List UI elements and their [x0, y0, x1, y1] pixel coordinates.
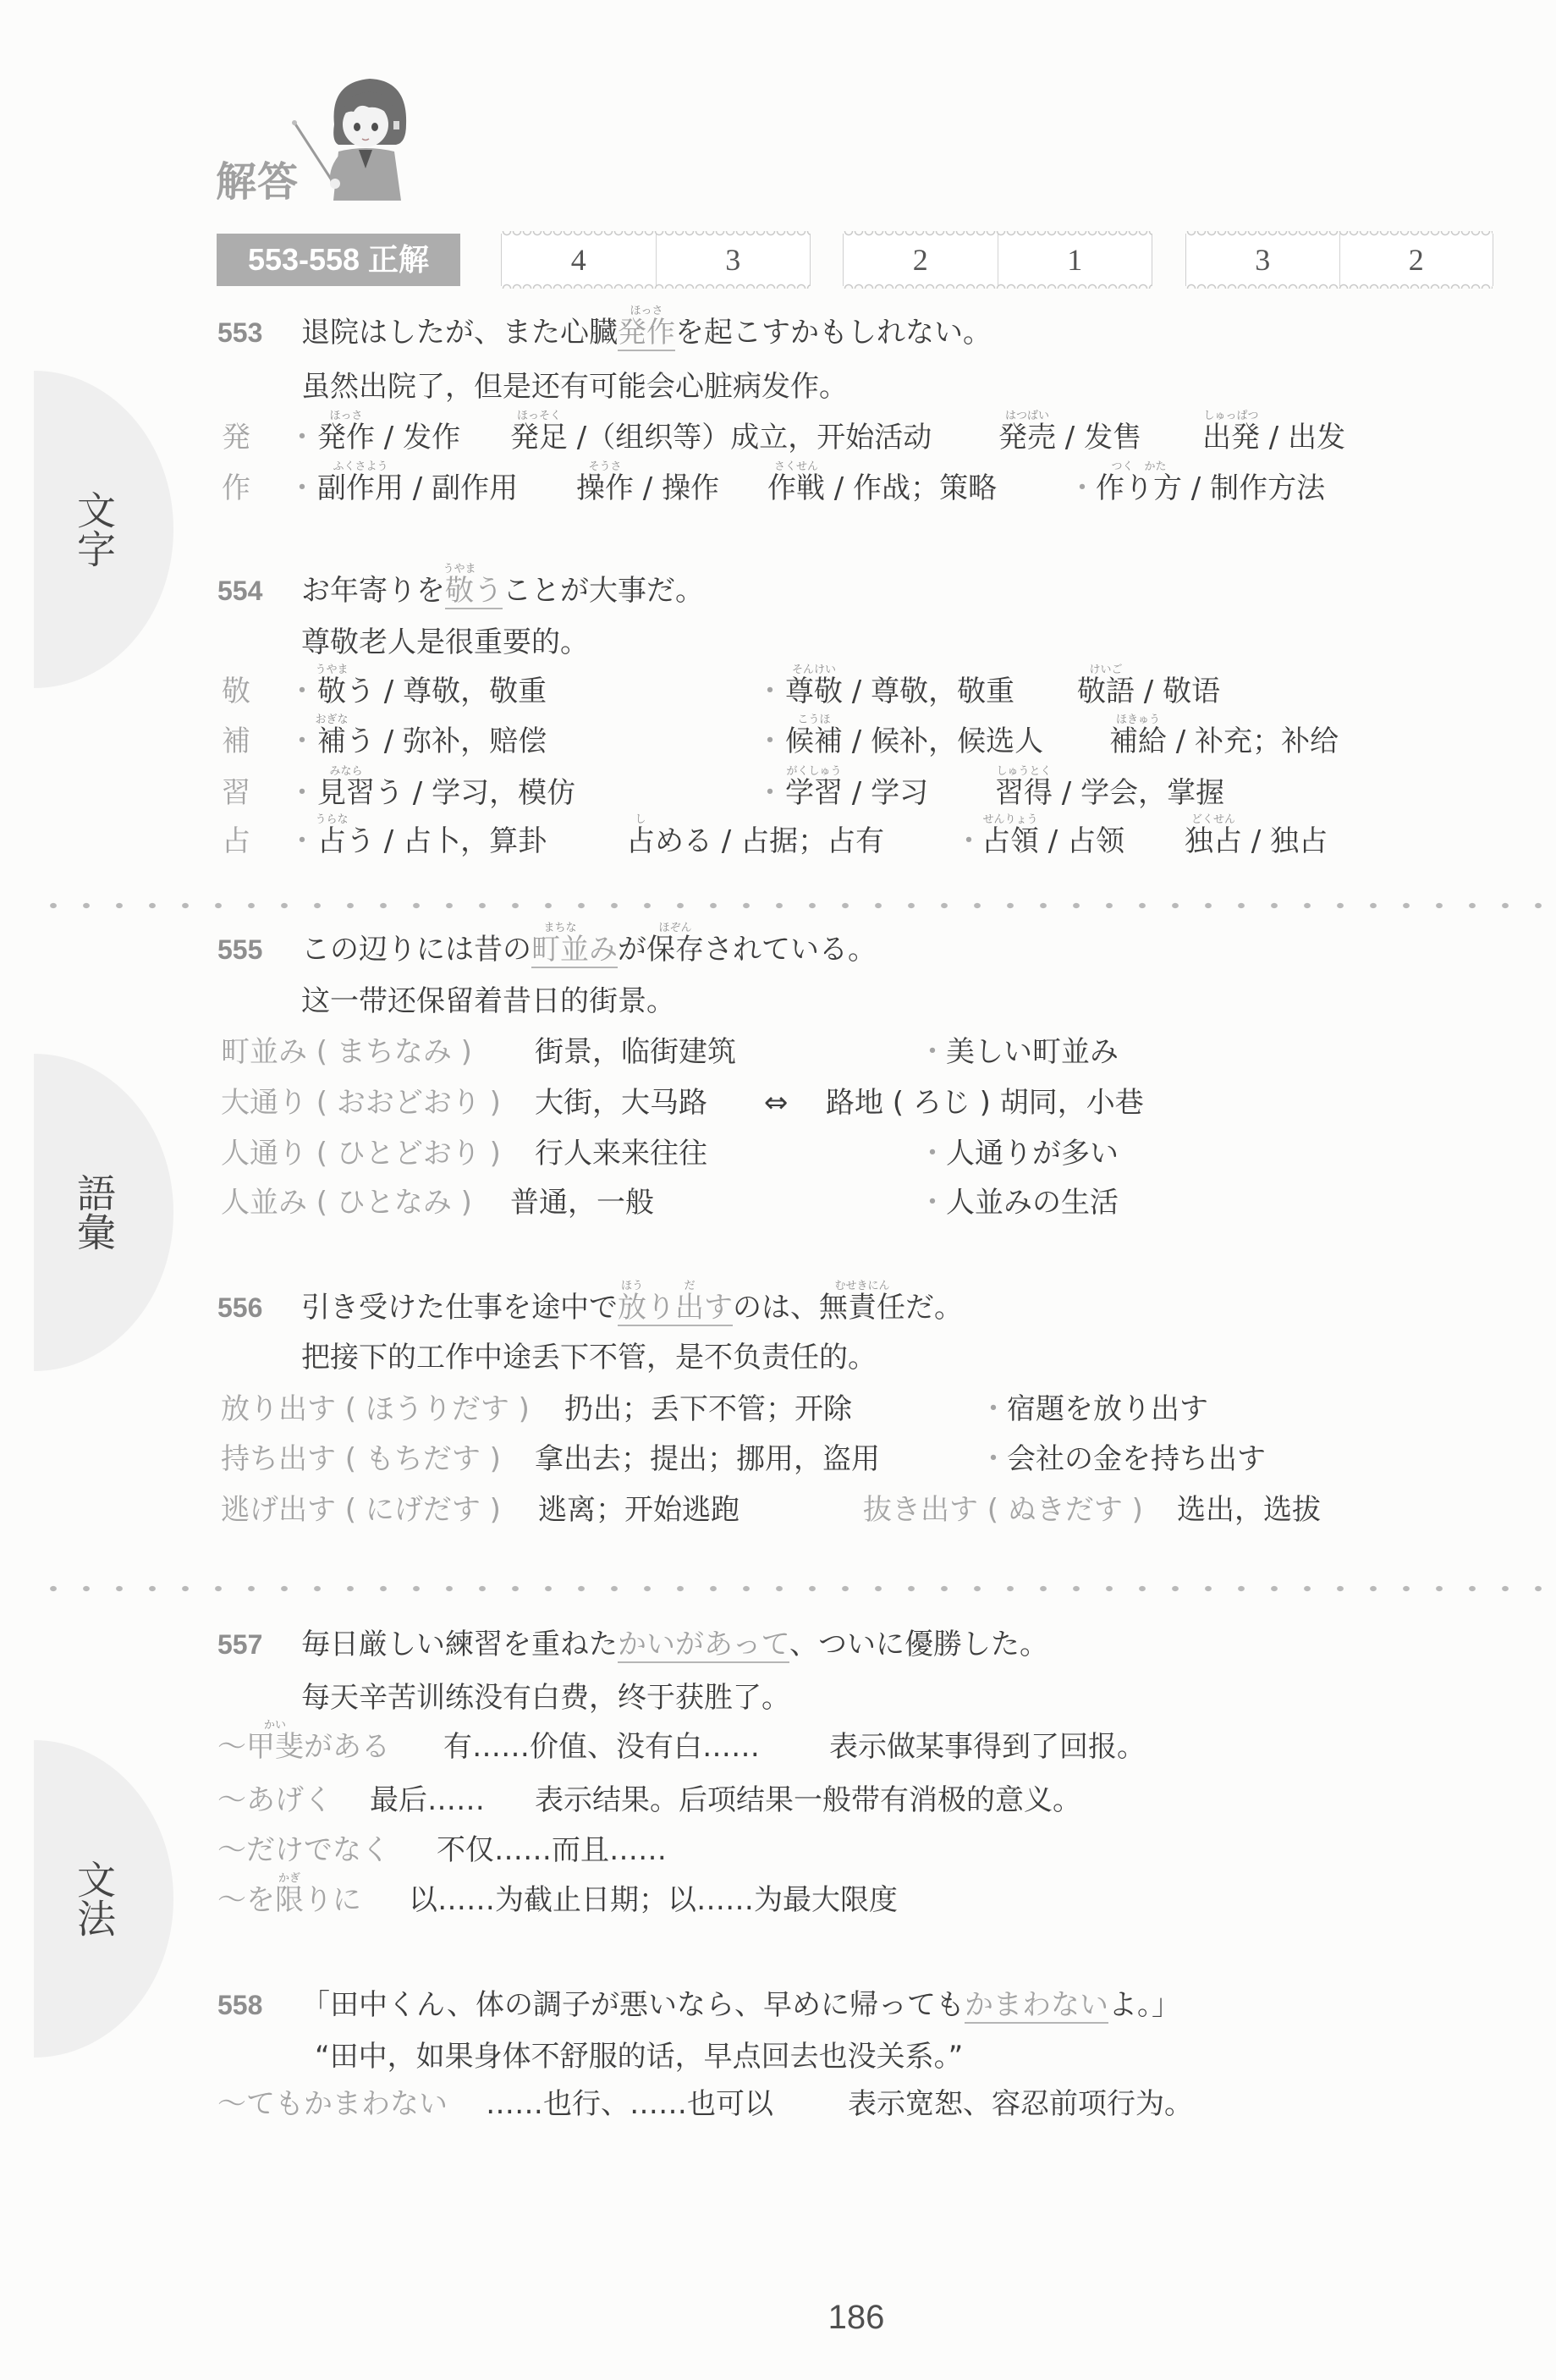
sentence-text: が: [618, 933, 646, 967]
question-558-translation: “田中，如果身体不舒服的话，早点回去也没关系。”: [0, 2040, 1556, 2074]
question-number: 556: [217, 1291, 262, 1325]
grammar-pattern: ～だけでなく: [217, 1833, 390, 1867]
entry-gloss: う / 弥补，赔偿: [346, 724, 547, 758]
ruby-base: 副作用: [317, 471, 404, 505]
ruby: 敬うやま: [445, 574, 474, 608]
ruby: 占うらな: [317, 824, 346, 858]
sentence-text: 毎日厳しい練習を重ねた: [301, 1628, 618, 1661]
furigana: ほっさ: [297, 410, 395, 421]
wavy-border: [1186, 231, 1493, 236]
grammar-row: ～を限かぎりに 以……为截止日期；以……为最大限度: [0, 1883, 1556, 1917]
ruby-base: 学習: [785, 776, 843, 810]
vocab-term: 町並み ( まちなみ ): [221, 1035, 472, 1069]
question-557-sentence: 557 毎日厳しい練習を重ねたかいがあって、ついに優勝した。: [0, 1628, 1556, 1661]
antonym-arrow-icon: ⇔: [764, 1086, 789, 1120]
translation: 把接下的工作中途丢下不管，是不负责任的。: [301, 1341, 877, 1375]
ruby: 無責任むせきにん: [819, 1291, 905, 1325]
vocab-term: 大通り ( おおどおり ): [221, 1086, 501, 1120]
entry-gloss: / 发售: [1056, 421, 1141, 455]
answer-group-3: 3 2: [1185, 234, 1493, 286]
furigana: そんけい: [765, 664, 863, 675]
ruby: 学習がくしゅう: [785, 776, 843, 810]
grammar-pattern: ～てもかまわない: [217, 2087, 448, 2121]
kanji-row: 補 ・ 補おぎなう / 弥补，赔偿 ・ 候補こうほ / 候补，候选人 補給ほきゅ…: [0, 724, 1556, 758]
bullet: ・: [288, 675, 316, 708]
target-word: かいがあって: [618, 1628, 789, 1663]
vocab-term: 人並み ( ひとなみ ): [221, 1186, 472, 1220]
ruby-base: 習得: [995, 776, 1053, 810]
furigana: けいご: [1057, 664, 1155, 675]
vocab-row: 放り出す ( ほうりだす ) 扔出；丢下不管；开除 ・ 宿題を放り出す: [0, 1392, 1556, 1426]
target-word: 発作ほっさ: [618, 316, 675, 351]
grammar-row: ～甲斐かいがある 有……价值、没有白…… 表示做某事得到了回报。: [0, 1730, 1556, 1764]
bullet: ・: [288, 724, 316, 758]
ruby-base: 発売: [998, 421, 1056, 455]
kanji-label: 敬: [222, 675, 250, 708]
furigana: かぎ: [255, 1873, 324, 1884]
kanji-entry: 候補こうほ / 候补，候选人: [785, 724, 1043, 758]
sentence-text: この辺りには昔の: [301, 933, 531, 967]
entry-gloss: / 候补，候选人: [843, 724, 1043, 758]
sentence-text: 退院はしたが、また心臓: [301, 316, 618, 350]
sentence-text: を起こすかもしれない。: [675, 316, 992, 350]
ruby: 副作用ふくさよう: [317, 471, 404, 505]
vocab-term: 逃げ出す ( にげだす ): [221, 1493, 501, 1527]
furigana: だ: [655, 1281, 724, 1292]
furigana: うやま: [297, 664, 366, 675]
ruby-base: 占: [317, 824, 346, 858]
dotted-separator: [49, 1585, 1556, 1592]
furigana: ほっそく: [490, 410, 588, 421]
entry-gloss: / 占领: [1039, 824, 1124, 858]
ruby-base: 発作: [317, 421, 375, 455]
okurigana: み: [589, 933, 618, 967]
vocab-example: 宿題を放り出す: [1007, 1392, 1208, 1426]
vocab-gloss: 街景，临街建筑: [535, 1035, 736, 1069]
kanji-entry: 発足ほっそく /（组织等）成立，开始活动: [510, 421, 932, 455]
kanji-entry: 操作そうさ / 操作: [576, 471, 719, 505]
kanji-entry: 発売はつばい / 发售: [998, 421, 1141, 455]
wavy-border: [844, 284, 1152, 289]
ruby-base: 出: [675, 1291, 704, 1325]
ruby: 町並まちな: [531, 933, 589, 967]
vocab-example: 人通りが多い: [946, 1137, 1119, 1171]
answer-group-2: 2 1: [843, 234, 1152, 286]
ruby: 発売はつばい: [998, 421, 1056, 455]
ruby-base: 候補: [785, 724, 843, 758]
kanji-entry: 作戦さくせん / 作战；策略: [767, 471, 997, 505]
kanji-row: 占 ・ 占うらなう / 占卜，算卦 占しめる / 占据；占有 ・ 占領せんりょう…: [0, 824, 1556, 858]
furigana: さくせん: [747, 461, 845, 472]
ruby-base: 作り方: [1096, 471, 1182, 505]
ruby: 占領せんりょう: [981, 824, 1039, 858]
vocab-term: 人通り ( ひとどおり ): [221, 1137, 501, 1171]
bullet: ・: [288, 421, 316, 455]
kanji-entry: 独占どくせん / 独占: [1185, 824, 1328, 858]
question-556-sentence: 556 引き受けた仕事を途中で放ほうり出だすのは、無責任むせきにんだ。: [0, 1291, 1556, 1325]
kanji-row: 敬 ・ 敬うやまう / 尊敬，敬重 ・ 尊敬そんけい / 尊敬，敬重 敬語けいご…: [0, 675, 1556, 708]
kanji-entry: 占しめる / 占据；占有: [626, 824, 884, 858]
furigana: はつばい: [978, 410, 1076, 421]
translation: 尊敬老人是很重要的。: [301, 625, 589, 659]
question-557-translation: 每天辛苦训练没有白费，终于获胜了。: [0, 1681, 1556, 1715]
ruby: 補おぎな: [317, 724, 346, 758]
dotted-separator: [49, 902, 1556, 909]
wavy-border: [502, 284, 810, 289]
kanji-label: 作: [222, 471, 250, 505]
ruby-base: 放: [618, 1291, 646, 1325]
answer-group-1: 4 3: [501, 234, 811, 286]
kanji-row: 発 ・ 発作ほっさ / 发作 発足ほっそく /（组织等）成立，开始活动 発売はつ…: [0, 421, 1556, 455]
ruby-base: 敬語: [1077, 675, 1135, 708]
kanji-entry: 補おぎなう / 弥补，赔偿: [317, 724, 547, 758]
target-word: かまわない: [965, 1988, 1108, 2024]
vocab-row: 人並み ( ひとなみ ) 普通，一般 ・ 人並みの生活: [0, 1186, 1556, 1220]
kanji-row: 習 ・ 見習みならう / 学习，模仿 ・ 学習がくしゅう / 学习 習得しゅうと…: [0, 776, 1556, 810]
kanji-label: 発: [222, 421, 250, 455]
sentence-text: 「田中くん、体の調子が悪いなら、早めに帰っても: [301, 1988, 965, 2022]
grammar-pattern: ～甲斐かいがある: [217, 1730, 390, 1764]
kanji-entry: 敬語けいご / 敬语: [1077, 675, 1220, 708]
vocab-row: 持ち出す ( もちだす ) 拿出去；提出；挪用，盗用 ・ 会社の金を持ち出す: [0, 1442, 1556, 1476]
ruby-base: 作戦: [767, 471, 825, 505]
ruby-base: 限: [275, 1883, 304, 1917]
vocab-row: 大通り ( おおどおり ) 大街，大马路 ⇔ 路地 ( ろじ ) 胡同，小巷: [0, 1086, 1556, 1120]
ruby: 見習みなら: [317, 776, 375, 810]
target-word: 町並まちなみ: [531, 933, 618, 968]
bullet: ・: [979, 1442, 1008, 1476]
teacher-girl-illustration: [288, 72, 415, 207]
kanji-entry: 学習がくしゅう / 学习: [785, 776, 928, 810]
ruby-base: 見習: [317, 776, 375, 810]
answer-key-label: 553-558 正解: [217, 234, 460, 286]
ruby-base: 補: [317, 724, 346, 758]
translation: 虽然出院了，但是还有可能会心脏病发作。: [301, 370, 848, 404]
question-sentence: お年寄りを敬うやまうことが大事だ。: [301, 574, 704, 608]
ruby: 敬語けいご: [1077, 675, 1135, 708]
okurigana: す: [704, 1291, 733, 1325]
question-554-translation: 尊敬老人是很重要的。: [0, 625, 1556, 659]
bullet: ・: [918, 1035, 947, 1069]
ruby: 作り方つく かた: [1096, 471, 1182, 505]
kanji-entry: 発作ほっさ / 发作: [317, 421, 460, 455]
kanji-entry: 占領せんりょう / 占领: [981, 824, 1124, 858]
kanji-label: 補: [222, 724, 250, 758]
furigana: むせきにん: [799, 1281, 926, 1292]
ruby-base: 占領: [981, 824, 1039, 858]
furigana: おぎな: [297, 714, 366, 725]
grammar-row: ～だけでなく 不仅……而且……: [0, 1833, 1556, 1867]
furigana: どくせん: [1164, 814, 1262, 825]
vocab-gloss: 普通，一般: [510, 1186, 654, 1220]
kanji-entry: 敬うやまう / 尊敬，敬重: [317, 675, 547, 708]
ruby: 発作ほっさ: [618, 316, 675, 350]
furigana: せんりょう: [961, 814, 1059, 825]
entry-gloss: / 副作用: [404, 471, 518, 505]
question-558-sentence: 558 「田中くん、体の調子が悪いなら、早めに帰ってもかまわないよ。」: [0, 1988, 1556, 2022]
ruby-base: 無責任: [819, 1291, 905, 1325]
vocab-gloss: 选出，选拔: [1177, 1493, 1321, 1527]
textbook-page: 文字 語彙 文法 解答 553-558 正解 4 3 2 1: [0, 0, 1556, 2380]
furigana: ほきゅう: [1089, 714, 1187, 725]
entry-gloss: / 独占: [1242, 824, 1328, 858]
furigana: まちな: [511, 923, 609, 934]
ruby-base: 操作: [576, 471, 634, 505]
bullet: ・: [288, 471, 316, 505]
target-word: 敬うやまう: [445, 574, 503, 609]
kanji-entry: 作り方つく かた / 制作方法: [1096, 471, 1325, 505]
furigana: ほっさ: [597, 306, 696, 317]
sentence-text: お年寄りを: [301, 574, 445, 608]
vocab-row: 逃げ出す ( にげだす ) 逃离；开始逃跑 抜き出す ( ぬきだす ) 选出，选…: [0, 1493, 1556, 1527]
ruby: 占し: [626, 824, 655, 858]
target-word: 放ほうり出だす: [618, 1291, 733, 1326]
translation: “田中，如果身体不舒服的话，早点回去也没关系。”: [315, 2040, 963, 2074]
ruby: 尊敬そんけい: [785, 675, 843, 708]
question-number: 557: [217, 1628, 262, 1661]
bullet: ・: [288, 824, 316, 858]
question-553-translation: 虽然出院了，但是还有可能会心脏病发作。: [0, 370, 1556, 404]
kanji-entry: 副作用ふくさよう / 副作用: [317, 471, 518, 505]
entry-gloss: / 学习: [843, 776, 928, 810]
ruby: 発作ほっさ: [317, 421, 375, 455]
question-555-sentence: 555 この辺りには昔の町並まちなみが保存ほぞんされている。: [0, 933, 1556, 967]
kanji-label: 占: [222, 824, 250, 858]
vocab-term: 放り出す ( ほうりだす ): [221, 1392, 530, 1426]
bullet: ・: [288, 776, 316, 810]
bullet: ・: [756, 724, 784, 758]
bullet: ・: [954, 824, 983, 858]
bullet: ・: [756, 776, 784, 810]
entry-gloss: / 发作: [375, 421, 460, 455]
grammar-meaning: 不仅……而且……: [437, 1833, 667, 1867]
grammar-pattern: ～を限かぎりに: [217, 1883, 361, 1917]
sentence-text: ことが大事だ。: [503, 574, 704, 608]
furigana: がくしゅう: [765, 766, 863, 777]
pattern-text: がある: [304, 1730, 390, 1764]
furigana: しゅっぱつ: [1182, 410, 1280, 421]
sentence-text: 引き受けた仕事を途中で: [301, 1291, 618, 1325]
kanji-entry: 尊敬そんけい / 尊敬，敬重: [785, 675, 1014, 708]
furigana: こうほ: [765, 714, 863, 725]
answer-554: 3: [656, 234, 811, 286]
furigana: ほぞん: [626, 923, 724, 934]
furigana: みなら: [297, 766, 395, 777]
translation: 这一带还保留着昔日的街景。: [301, 984, 675, 1018]
kanji-entry: 出発しゅっぱつ / 出发: [1202, 421, 1345, 455]
wavy-border: [502, 231, 810, 236]
question-sentence: 「田中くん、体の調子が悪いなら、早めに帰ってもかまわないよ。」: [301, 1988, 1180, 2022]
question-number: 558: [217, 1988, 262, 2022]
grammar-meaning: ……也行、……也可以: [486, 2087, 773, 2121]
okurigana: う: [474, 574, 503, 608]
entry-gloss: /（组织等）成立，开始活动: [568, 421, 932, 455]
sentence-text: だ。: [905, 1291, 963, 1325]
sentence-text: のは、: [733, 1291, 819, 1325]
entry-gloss: / 操作: [634, 471, 719, 505]
question-sentence: 引き受けた仕事を途中で放ほうり出だすのは、無責任むせきにんだ。: [301, 1291, 963, 1325]
vocab-example: 美しい町並み: [946, 1035, 1119, 1069]
question-number: 554: [217, 574, 262, 608]
furigana: かい: [226, 1720, 324, 1731]
entry-gloss: める / 占据；占有: [655, 824, 884, 858]
pattern-text: ～を: [217, 1883, 275, 1917]
pattern-text: りに: [304, 1883, 361, 1917]
ruby-base: 補給: [1109, 724, 1167, 758]
page-title: 解答: [216, 149, 299, 207]
ruby-base: 占: [626, 824, 655, 858]
sentence-text: 、ついに優勝した。: [789, 1628, 1048, 1661]
furigana: つく かた: [1075, 461, 1202, 472]
furigana: そうさ: [556, 461, 654, 472]
question-number: 555: [217, 933, 262, 967]
vocab-gloss: 拿出去；提出；挪用，盗用: [535, 1442, 880, 1476]
ruby: 甲斐かい: [246, 1730, 304, 1764]
ruby: 独占どくせん: [1185, 824, 1242, 858]
furigana: うらな: [297, 814, 366, 825]
ruby: 限かぎ: [275, 1883, 304, 1917]
vocab-antonym: 路地 ( ろじ ) 胡同，小巷: [826, 1086, 1144, 1120]
entry-gloss: う / 占卜，算卦: [346, 824, 547, 858]
grammar-meaning: 有……价值、没有白……: [443, 1730, 760, 1764]
vocab-row: 人通り ( ひとどおり ) 行人来来往往 ・ 人通りが多い: [0, 1137, 1556, 1171]
kanji-entry: 習得しゅうとく / 学会，掌握: [995, 776, 1224, 810]
grammar-note: 表示做某事得到了回报。: [829, 1730, 1146, 1764]
question-555-translation: 这一带还保留着昔日的街景。: [0, 984, 1556, 1018]
entry-gloss: / 学会，掌握: [1053, 776, 1224, 810]
grammar-meaning: 最后……: [370, 1783, 485, 1817]
grammar-note: 表示宽恕、容忍前项行为。: [848, 2087, 1193, 2121]
grammar-row: ～てもかまわない ……也行、……也可以 表示宽恕、容忍前项行为。: [0, 2087, 1556, 2121]
ruby: 補給ほきゅう: [1109, 724, 1167, 758]
wavy-border: [1186, 284, 1493, 289]
grammar-row: ～あげく 最后…… 表示结果。后项结果一般带有消极的意义。: [0, 1783, 1556, 1817]
bullet: ・: [756, 675, 784, 708]
entry-gloss: / 出发: [1260, 421, 1345, 455]
sentence-text: よ。」: [1108, 1988, 1180, 2022]
furigana: うやま: [425, 564, 494, 575]
ruby: 発足ほっそく: [510, 421, 568, 455]
pattern-text: ～: [217, 1730, 246, 1764]
vocab-row: 町並み ( まちなみ ) 街景，临街建筑 ・ 美しい町並み: [0, 1035, 1556, 1069]
ruby: 出発しゅっぱつ: [1202, 421, 1260, 455]
ruby-base: 敬: [445, 574, 474, 608]
ruby-base: 町並: [531, 933, 589, 967]
ruby-base: 保存: [646, 933, 704, 967]
kanji-entry: 見習みならう / 学习，模仿: [317, 776, 575, 810]
answer-557: 3: [1186, 234, 1339, 286]
answer-553: 4: [502, 234, 656, 286]
question-sentence: 退院はしたが、また心臓発作ほっさを起こすかもしれない。: [301, 316, 992, 350]
vocab-gloss: 大街，大马路: [535, 1086, 707, 1120]
answer-556: 1: [998, 234, 1152, 286]
ruby: 出だ: [675, 1291, 704, 1325]
ruby-base: 甲斐: [246, 1730, 304, 1764]
entry-gloss: / 尊敬，敬重: [843, 675, 1014, 708]
ruby: 作戦さくせん: [767, 471, 825, 505]
question-556-translation: 把接下的工作中途丢下不管，是不负责任的。: [0, 1341, 1556, 1375]
entry-gloss: う / 学习，模仿: [375, 776, 575, 810]
furigana: ふくさよう: [297, 461, 424, 472]
ruby: 操作そうさ: [576, 471, 634, 505]
answer-555: 2: [844, 234, 998, 286]
question-sentence: この辺りには昔の町並まちなみが保存ほぞんされている。: [301, 933, 877, 967]
okurigana: り: [646, 1291, 675, 1325]
question-sentence: 毎日厳しい練習を重ねたかいがあって、ついに優勝した。: [301, 1628, 1048, 1661]
translation: 每天辛苦训练没有白费，终于获胜了。: [301, 1681, 790, 1715]
bullet: ・: [918, 1186, 947, 1220]
ruby: 保存ほぞん: [646, 933, 704, 967]
grammar-meaning: 以……为截止日期；以……为最大限度: [409, 1883, 898, 1917]
ruby: 習得しゅうとく: [995, 776, 1053, 810]
vocab-gloss: 扔出；丢下不管；开除: [564, 1392, 852, 1426]
page-number: 186: [805, 2299, 907, 2337]
ruby-base: 出発: [1202, 421, 1260, 455]
grammar-pattern: ～あげく: [217, 1783, 333, 1817]
ruby-base: 発作: [618, 316, 675, 350]
kanji-row: 作 ・ 副作用ふくさよう / 副作用 操作そうさ / 操作 作戦さくせん / 作…: [0, 471, 1556, 505]
answer-558: 2: [1339, 234, 1493, 286]
ruby: 敬うやま: [317, 675, 346, 708]
kanji-label: 習: [222, 776, 250, 810]
kanji-entry: 補給ほきゅう / 补充；补给: [1109, 724, 1339, 758]
question-554-sentence: 554 お年寄りを敬うやまうことが大事だ。: [0, 574, 1556, 608]
entry-gloss: う / 尊敬，敬重: [346, 675, 547, 708]
ruby-base: 尊敬: [785, 675, 843, 708]
grammar-note: 表示结果。后项结果一般带有消极的意义。: [535, 1783, 1081, 1817]
bullet: ・: [918, 1137, 947, 1171]
wavy-border: [844, 231, 1152, 236]
vocab-term: 持ち出す ( もちだす ): [221, 1442, 501, 1476]
entry-gloss: / 制作方法: [1182, 471, 1325, 505]
entry-gloss: / 作战；策略: [825, 471, 997, 505]
question-553-sentence: 553 退院はしたが、また心臓発作ほっさを起こすかもしれない。: [0, 316, 1556, 350]
ruby-base: 独占: [1185, 824, 1242, 858]
kanji-entry: 占うらなう / 占卜，算卦: [317, 824, 547, 858]
ruby: 候補こうほ: [785, 724, 843, 758]
ruby-base: 敬: [317, 675, 346, 708]
entry-gloss: / 补充；补给: [1167, 724, 1339, 758]
bullet: ・: [1068, 471, 1097, 505]
vocab-example: 会社の金を持ち出す: [1007, 1442, 1266, 1476]
vocab-term: 抜き出す ( ぬきだす ): [863, 1493, 1143, 1527]
vocab-gloss: 逃离；开始逃跑: [538, 1493, 740, 1527]
vocab-example: 人並みの生活: [946, 1186, 1119, 1220]
ruby-base: 発足: [510, 421, 568, 455]
question-number: 553: [217, 316, 262, 350]
entry-gloss: / 敬语: [1135, 675, 1220, 708]
furigana: しゅうとく: [975, 766, 1073, 777]
ruby: 放ほう: [618, 1291, 646, 1325]
bullet: ・: [979, 1392, 1008, 1426]
sentence-text: されている。: [704, 933, 877, 967]
vocab-gloss: 行人来来往往: [535, 1137, 707, 1171]
furigana: し: [606, 814, 675, 825]
